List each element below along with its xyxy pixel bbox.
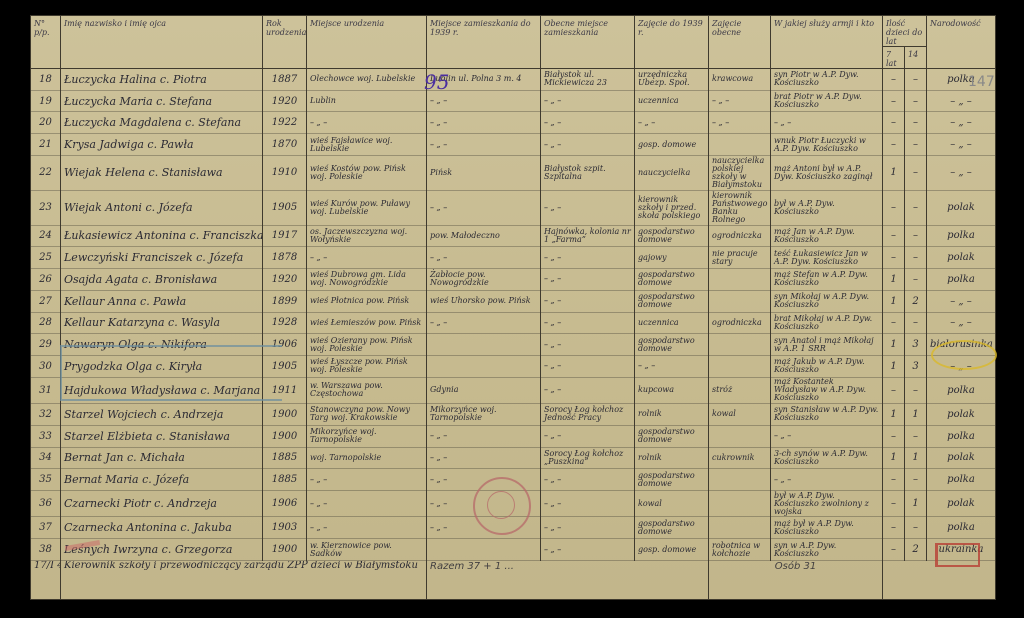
- cell-name: Osajda Agata c. Bronisława: [61, 269, 263, 291]
- cell-year: 1878: [263, 247, 307, 269]
- cell-c7: 1: [883, 404, 905, 426]
- cell-birthplace: – „ –: [307, 112, 427, 134]
- cell-res1939: [427, 539, 541, 561]
- cell-c14: 2: [905, 539, 927, 561]
- cell-current: – „ –: [541, 312, 635, 334]
- cell-res1939: – „ –: [427, 190, 541, 225]
- header-nr: N° p/p.: [31, 16, 61, 69]
- cell-birthplace: wieś Ozierany pow. Pińsk woj. Poleskie: [307, 334, 427, 356]
- cell-army: mąż Stefan w A.P. Dyw. Kościuszko: [771, 269, 883, 291]
- cell-occ1939: kupcowa: [635, 377, 709, 403]
- cell-army: – „ –: [771, 425, 883, 447]
- cell-current: – „ –: [541, 112, 635, 134]
- cell-c7: –: [883, 247, 905, 269]
- cell-army: syn w A.P. Dyw. Kościuszko: [771, 539, 883, 561]
- cell-occ1939: rolnik: [635, 404, 709, 426]
- cell-name: Łuczycka Maria c. Stefana: [61, 90, 263, 112]
- cell-year: 1928: [263, 312, 307, 334]
- cell-year: 1885: [263, 447, 307, 469]
- cell-nat: – „ –: [927, 155, 996, 190]
- cell-c14: 3: [905, 334, 927, 356]
- cell-nat: – „ –: [927, 312, 996, 334]
- cell-current: – „ –: [541, 334, 635, 356]
- cell-res1939: Pińsk: [427, 155, 541, 190]
- cell-birthplace: Mikorzyńce woj. Tarnopolskie: [307, 425, 427, 447]
- cell-nat: – „ –: [927, 290, 996, 312]
- cell-army: syn Piotr w A.P. Dyw. Kościuszko: [771, 69, 883, 91]
- cell-res1939: – „ –: [427, 247, 541, 269]
- cell-res1939: wieś Uhorsko pow. Pińsk: [427, 290, 541, 312]
- cell-occ1939: gosp. domowe: [635, 134, 709, 156]
- cell-birthplace: Stanowczyna pow. Nowy Targ woj. Krakowsk…: [307, 404, 427, 426]
- cell-current: – „ –: [541, 425, 635, 447]
- cell-c7: 1: [883, 334, 905, 356]
- cell-birthplace: wieś Kurów pow. Puławy woj. Lubelskie: [307, 190, 427, 225]
- footer-date: 17/I 45: [31, 561, 61, 600]
- cell-occ_now: [709, 517, 771, 539]
- cell-nr: 26: [31, 269, 61, 291]
- cell-c7: –: [883, 112, 905, 134]
- cell-occ1939: gospodarstwo domowe: [635, 517, 709, 539]
- cell-name: Łukasiewicz Antonina c. Franciszka: [61, 225, 263, 247]
- header-children-14: 14: [905, 47, 927, 69]
- cell-army: syn Mikołaj w A.P. Dyw. Kościuszko: [771, 290, 883, 312]
- cell-c14: –: [905, 312, 927, 334]
- cell-occ1939: kierownik szkoły i przed. skoła polskieg…: [635, 190, 709, 225]
- header-residence-1939: Miejsce zamieszkania do 1939 r.: [427, 16, 541, 69]
- cell-year: 1899: [263, 290, 307, 312]
- cell-occ1939: urzędniczka Ubezp. Społ.: [635, 69, 709, 91]
- cell-birthplace: wieś Kostów pow. Pińsk woj. Poleskie: [307, 155, 427, 190]
- cell-year: 1920: [263, 90, 307, 112]
- table-row: 38Leśnych Iwrzyna c. Grzegorza1900w. Kie…: [31, 539, 996, 561]
- header-current-residence: Obecne miejsce zamieszkania: [541, 16, 635, 69]
- header-occupation-1939: Zajęcie do 1939 r.: [635, 16, 709, 69]
- cell-nr: 31: [31, 377, 61, 403]
- header-army-relation: W jakiej służy armji i kto: [771, 16, 883, 69]
- cell-c14: –: [905, 377, 927, 403]
- cell-c14: –: [905, 69, 927, 91]
- cell-army: był w A.P. Dyw. Kościuszko zwolniony z w…: [771, 491, 883, 517]
- cell-occ1939: gajowy: [635, 247, 709, 269]
- purple-annotation: 95: [424, 70, 449, 94]
- cell-nat: polka: [927, 469, 996, 491]
- cell-occ1939: nauczycielka: [635, 155, 709, 190]
- cell-army: mąż Jan w A.P. Dyw. Kościuszko: [771, 225, 883, 247]
- cell-occ_now: cukrownik: [709, 447, 771, 469]
- cell-occ1939: kowal: [635, 491, 709, 517]
- cell-occ1939: rolnik: [635, 447, 709, 469]
- cell-nr: 29: [31, 334, 61, 356]
- cell-res1939: Żabłocie pow. Nowogródzkie: [427, 269, 541, 291]
- cell-year: 1870: [263, 134, 307, 156]
- cell-current: – „ –: [541, 90, 635, 112]
- cell-occ1939: gospodarstwo domowe: [635, 225, 709, 247]
- cell-nr: 33: [31, 425, 61, 447]
- cell-c7: –: [883, 491, 905, 517]
- header-birthplace: Miejsce urodzenia: [307, 16, 427, 69]
- cell-res1939: – „ –: [427, 112, 541, 134]
- cell-c7: –: [883, 190, 905, 225]
- cell-occ1939: uczennica: [635, 90, 709, 112]
- cell-occ1939: gospodarstwo domowe: [635, 425, 709, 447]
- cell-army: syn Anatol i mąż Mikołaj w A.P. 1 SRR: [771, 334, 883, 356]
- cell-year: 1920: [263, 269, 307, 291]
- cell-army: – „ –: [771, 469, 883, 491]
- cell-occ_now: [709, 469, 771, 491]
- cell-name: Lewczyński Franciszek c. Józefa: [61, 247, 263, 269]
- cell-res1939: – „ –: [427, 134, 541, 156]
- cell-occ_now: – „ –: [709, 112, 771, 134]
- cell-current: Hajnówka, kolonia nr 1 „Farma”: [541, 225, 635, 247]
- cell-c7: –: [883, 312, 905, 334]
- cell-nr: 34: [31, 447, 61, 469]
- cell-nat: – „ –: [927, 112, 996, 134]
- cell-c14: –: [905, 112, 927, 134]
- cell-name: Bernat Maria c. Józefa: [61, 469, 263, 491]
- cell-name: Czarnecki Piotr c. Andrzeja: [61, 491, 263, 517]
- cell-year: 1900: [263, 539, 307, 561]
- cell-year: 1922: [263, 112, 307, 134]
- cell-occ1939: gospodarstwo domowe: [635, 334, 709, 356]
- cell-birthplace: wieś Fajsławice woj. Lubelskie: [307, 134, 427, 156]
- cell-nr: 18: [31, 69, 61, 91]
- cell-nr: 38: [31, 539, 61, 561]
- cell-nat: polka: [927, 269, 996, 291]
- cell-c7: –: [883, 134, 905, 156]
- cell-occ_now: stróż: [709, 377, 771, 403]
- header-nationality: Narodowość: [927, 16, 996, 69]
- table-row: 26Osajda Agata c. Bronisława1920wieś Dub…: [31, 269, 996, 291]
- cell-army: – „ –: [771, 112, 883, 134]
- header-year: Rok urodzenia: [263, 16, 307, 69]
- cell-nr: 32: [31, 404, 61, 426]
- cell-year: 1885: [263, 469, 307, 491]
- cell-current: – „ –: [541, 269, 635, 291]
- cell-c14: –: [905, 247, 927, 269]
- cell-c14: 3: [905, 356, 927, 378]
- cell-c7: 1: [883, 447, 905, 469]
- cell-nat: polka: [927, 517, 996, 539]
- page-number: 147: [968, 74, 995, 90]
- cell-nr: 20: [31, 112, 61, 134]
- cell-name: Starzel Elżbieta c. Stanisława: [61, 425, 263, 447]
- cell-current: – „ –: [541, 377, 635, 403]
- table-row: 21Krysa Jadwiga c. Pawła1870wieś Fajsław…: [31, 134, 996, 156]
- header-children: Ilość dzieci do lat: [883, 16, 927, 47]
- cell-nr: 24: [31, 225, 61, 247]
- cell-year: 1917: [263, 225, 307, 247]
- cell-current: – „ –: [541, 134, 635, 156]
- table-row: 22Wiejak Helena c. Stanisława1910wieś Ko…: [31, 155, 996, 190]
- yellow-circle-mark: [931, 340, 997, 370]
- cell-year: 1903: [263, 517, 307, 539]
- cell-current: Białystok szpit. Szpitalna: [541, 155, 635, 190]
- cell-nr: 21: [31, 134, 61, 156]
- cell-c7: 1: [883, 269, 905, 291]
- cell-army: mąż był w A.P. Dyw. Kościuszko: [771, 517, 883, 539]
- cell-year: 1905: [263, 190, 307, 225]
- cell-c14: –: [905, 190, 927, 225]
- cell-nr: 25: [31, 247, 61, 269]
- footer-note: Kierownik szkoły i przewodniczący zarząd…: [61, 561, 427, 600]
- cell-c14: –: [905, 469, 927, 491]
- cell-year: 1910: [263, 155, 307, 190]
- cell-army: brat Mikołaj w A.P. Dyw. Kościuszko: [771, 312, 883, 334]
- cell-c14: –: [905, 134, 927, 156]
- table-row: 33Starzel Elżbieta c. Stanisława1900Miko…: [31, 425, 996, 447]
- cell-occ1939: gospodarstwo domowe: [635, 290, 709, 312]
- table-row: 19Łuczycka Maria c. Stefana1920Lublin– „…: [31, 90, 996, 112]
- cell-res1939: Mikorzyńce woj. Tarnopolskie: [427, 404, 541, 426]
- cell-c7: –: [883, 225, 905, 247]
- cell-occ_now: [709, 425, 771, 447]
- cell-name: Wiejak Antoni c. Józefa: [61, 190, 263, 225]
- cell-name: Kellaur Anna c. Pawła: [61, 290, 263, 312]
- cell-c7: –: [883, 517, 905, 539]
- red-stamp-icon: [473, 477, 531, 535]
- cell-c14: 1: [905, 491, 927, 517]
- cell-occ_now: – „ –: [709, 90, 771, 112]
- cell-nr: 19: [31, 90, 61, 112]
- cell-nr: 37: [31, 517, 61, 539]
- cell-year: 1887: [263, 69, 307, 91]
- cell-nr: 28: [31, 312, 61, 334]
- cell-army: był w A.P. Dyw. Kościuszko: [771, 190, 883, 225]
- cell-occ_now: [709, 334, 771, 356]
- cell-birthplace: wieś Płotnica pow. Pińsk: [307, 290, 427, 312]
- header-children-7: 7 lat: [883, 47, 905, 69]
- cell-occ_now: nie pracuje stary: [709, 247, 771, 269]
- cell-c7: 1: [883, 290, 905, 312]
- cell-name: Łuczycka Magdalena c. Stefana: [61, 112, 263, 134]
- cell-birthplace: Lublin: [307, 90, 427, 112]
- cell-c14: –: [905, 90, 927, 112]
- table-row: 25Lewczyński Franciszek c. Józefa1878– „…: [31, 247, 996, 269]
- cell-nat: polak: [927, 491, 996, 517]
- footer-pencil-total: Razem 37 + 1 ...: [427, 561, 709, 600]
- cell-birthplace: – „ –: [307, 247, 427, 269]
- cell-army: wnuk Piotr Łuczycki w A.P. Dyw. Kościusz…: [771, 134, 883, 156]
- cell-birthplace: wieś Dubrowa gm. Lida woj. Nowogródzkie: [307, 269, 427, 291]
- cell-name: Starzel Wojciech c. Andrzeja: [61, 404, 263, 426]
- cell-year: 1900: [263, 404, 307, 426]
- cell-occ1939: – „ –: [635, 356, 709, 378]
- cell-army: 3-ch synów w A.P. Dyw. Kościuszko: [771, 447, 883, 469]
- cell-birthplace: wieś Łemieszów pow. Pińsk: [307, 312, 427, 334]
- cell-birthplace: w. Warszawa pow. Częstochowa: [307, 377, 427, 403]
- cell-current: Sorocy Łog kołchoz „Puszkina”: [541, 447, 635, 469]
- cell-nr: 35: [31, 469, 61, 491]
- cell-nat: polak: [927, 447, 996, 469]
- table-row: 18Łuczycka Halina c. Piotra1887Olechowce…: [31, 69, 996, 91]
- cell-birthplace: os. Jaczewszczyzna woj. Wołyńskie: [307, 225, 427, 247]
- cell-c7: –: [883, 469, 905, 491]
- cell-army: mąż Kostantek Władysław w A.P. Dyw. Kośc…: [771, 377, 883, 403]
- cell-name: Łuczycka Halina c. Piotra: [61, 69, 263, 91]
- cell-name: Krysa Jadwiga c. Pawła: [61, 134, 263, 156]
- cell-current: – „ –: [541, 517, 635, 539]
- cell-army: mąż Antoni był w A.P. Dyw. Kościuszko za…: [771, 155, 883, 190]
- table-row: 34Bernat Jan c. Michała1885woj. Tarnopol…: [31, 447, 996, 469]
- table-row: 20Łuczycka Magdalena c. Stefana1922– „ –…: [31, 112, 996, 134]
- cell-c14: –: [905, 517, 927, 539]
- cell-nat: polak: [927, 190, 996, 225]
- cell-name: Bernat Jan c. Michała: [61, 447, 263, 469]
- cell-current: – „ –: [541, 190, 635, 225]
- cell-res1939: [427, 356, 541, 378]
- cell-nr: 36: [31, 491, 61, 517]
- cell-occ_now: kierownik Państwowego Banku Rolnego: [709, 190, 771, 225]
- cell-occ_now: kowal: [709, 404, 771, 426]
- cell-c7: –: [883, 377, 905, 403]
- cell-birthplace: w. Kierznowice pow. Sadków: [307, 539, 427, 561]
- table-row: 23Wiejak Antoni c. Józefa1905wieś Kurów …: [31, 190, 996, 225]
- cell-current: – „ –: [541, 491, 635, 517]
- cell-current: – „ –: [541, 469, 635, 491]
- cell-current: Białystok ul. Mickiewicza 23: [541, 69, 635, 91]
- cell-occ_now: krawcowa: [709, 69, 771, 91]
- header-name: Imię nazwisko i imię ojca: [61, 16, 263, 69]
- cell-current: – „ –: [541, 247, 635, 269]
- cell-birthplace: – „ –: [307, 469, 427, 491]
- cell-nat: polka: [927, 377, 996, 403]
- red-box-mark: [935, 543, 980, 567]
- cell-occ_now: ogrodniczka: [709, 225, 771, 247]
- cell-name: Kellaur Katarzyna c. Wasyla: [61, 312, 263, 334]
- table-row: 28Kellaur Katarzyna c. Wasyla1928wieś Łe…: [31, 312, 996, 334]
- cell-army: teść Łukasiewicz Jan w A.P. Dyw. Kościus…: [771, 247, 883, 269]
- cell-c7: –: [883, 539, 905, 561]
- footer-pencil-count: Osób 31: [709, 561, 883, 600]
- cell-occ1939: gospodarstwo domowe: [635, 469, 709, 491]
- cell-occ1939: uczennica: [635, 312, 709, 334]
- cell-current: Sorocy Łog kołchoz Jedność Pracy: [541, 404, 635, 426]
- cell-nr: 27: [31, 290, 61, 312]
- cell-army: syn Stanisław w A.P. Dyw. Kościuszko: [771, 404, 883, 426]
- cell-army: brat Piotr w A.P. Dyw. Kościuszko: [771, 90, 883, 112]
- cell-birthplace: wieś Łyszcze pow. Pińsk woj. Poleskie: [307, 356, 427, 378]
- cell-nat: polka: [927, 225, 996, 247]
- cell-nr: 23: [31, 190, 61, 225]
- cell-birthplace: woj. Tarnopolskie: [307, 447, 427, 469]
- blue-bracket-mark: [60, 345, 282, 401]
- cell-c14: 2: [905, 290, 927, 312]
- cell-occ_now: [709, 491, 771, 517]
- cell-name: Wiejak Helena c. Stanisława: [61, 155, 263, 190]
- table-row: 27Kellaur Anna c. Pawła1899wieś Płotnica…: [31, 290, 996, 312]
- table-row: 32Starzel Wojciech c. Andrzeja1900Stanow…: [31, 404, 996, 426]
- cell-res1939: [427, 334, 541, 356]
- cell-nat: – „ –: [927, 134, 996, 156]
- cell-res1939: – „ –: [427, 425, 541, 447]
- cell-year: 1906: [263, 491, 307, 517]
- cell-year: 1900: [263, 425, 307, 447]
- cell-res1939: – „ –: [427, 312, 541, 334]
- header-current-occupation: Zajęcie obecne: [709, 16, 771, 69]
- cell-occ_now: robotnica w kołchozie: [709, 539, 771, 561]
- cell-occ_now: [709, 290, 771, 312]
- cell-current: – „ –: [541, 539, 635, 561]
- cell-nat: polak: [927, 404, 996, 426]
- cell-nat: polka: [927, 425, 996, 447]
- cell-nr: 22: [31, 155, 61, 190]
- cell-occ1939: – „ –: [635, 112, 709, 134]
- cell-c7: –: [883, 90, 905, 112]
- cell-occ_now: nauczycielka polskiej szkoły w Białymsto…: [709, 155, 771, 190]
- cell-birthplace: – „ –: [307, 517, 427, 539]
- cell-occ_now: ogrodniczka: [709, 312, 771, 334]
- cell-c7: 1: [883, 356, 905, 378]
- cell-occ_now: [709, 134, 771, 156]
- cell-c14: –: [905, 225, 927, 247]
- table-row: 24Łukasiewicz Antonina c. Franciszka1917…: [31, 225, 996, 247]
- cell-current: – „ –: [541, 290, 635, 312]
- cell-army: mąż Jakub w A.P. Dyw. Kościuszko: [771, 356, 883, 378]
- cell-occ_now: [709, 356, 771, 378]
- cell-c7: –: [883, 425, 905, 447]
- cell-nat: – „ –: [927, 90, 996, 112]
- cell-name: Czarnecka Antonina c. Jakuba: [61, 517, 263, 539]
- cell-birthplace: Olechowce woj. Lubelskie: [307, 69, 427, 91]
- cell-nr: 30: [31, 356, 61, 378]
- cell-occ1939: gosp. domowe: [635, 539, 709, 561]
- cell-nat: polak: [927, 247, 996, 269]
- cell-res1939: pow. Małodeczno: [427, 225, 541, 247]
- cell-c14: –: [905, 425, 927, 447]
- cell-c14: 1: [905, 404, 927, 426]
- cell-c7: 1: [883, 155, 905, 190]
- cell-occ1939: gospodarstwo domowe: [635, 269, 709, 291]
- cell-occ_now: [709, 269, 771, 291]
- cell-c7: –: [883, 69, 905, 91]
- cell-res1939: – „ –: [427, 447, 541, 469]
- cell-c14: –: [905, 269, 927, 291]
- cell-current: – „ –: [541, 356, 635, 378]
- cell-res1939: Gdynia: [427, 377, 541, 403]
- cell-c14: –: [905, 155, 927, 190]
- cell-birthplace: – „ –: [307, 491, 427, 517]
- cell-c14: 1: [905, 447, 927, 469]
